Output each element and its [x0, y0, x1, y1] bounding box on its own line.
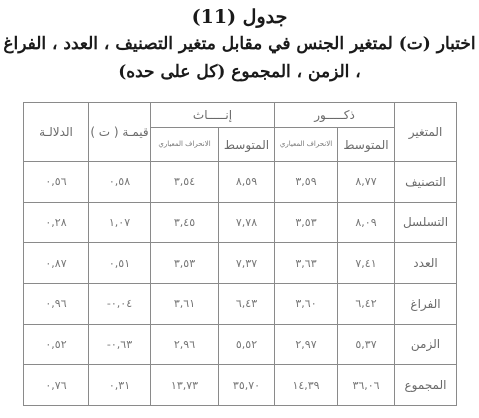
female-sd: ٣,٥٣ [151, 243, 219, 284]
significance: ٠,٥٦ [24, 162, 89, 203]
female-mean: ٧,٧٨ [219, 202, 275, 243]
row-variable: العدد [395, 243, 457, 284]
t-value: ١,٠٧ [89, 202, 151, 243]
significance: ٠,٧٦ [24, 365, 89, 406]
row-variable: المجموع [395, 365, 457, 406]
t-value: ٠,٥٨ [89, 162, 151, 203]
female-sd: ٢,٩٦ [151, 324, 219, 365]
female-sd: ٣,٤٥ [151, 202, 219, 243]
male-mean: ٨,٧٧ [338, 162, 395, 203]
table-row: المجموع ٣٦,٠٦ ١٤,٣٩ ٣٥,٧٠ ١٣,٧٣ ٠,٣١ ٠,٧… [24, 365, 457, 406]
row-variable: الزمن [395, 324, 457, 365]
male-mean: ٧,٤١ [338, 243, 395, 284]
female-sd: ٣,٥٤ [151, 162, 219, 203]
female-sd: ١٣,٧٣ [151, 365, 219, 406]
female-mean: ٨,٥٩ [219, 162, 275, 203]
t-value: ٠,٥١ [89, 243, 151, 284]
female-mean: ٧,٣٧ [219, 243, 275, 284]
male-mean: ٥,٣٧ [338, 324, 395, 365]
male-sd: ٢,٩٧ [275, 324, 338, 365]
row-variable: التصنيف [395, 162, 457, 203]
header-males: ذكـــــور [275, 103, 395, 128]
t-value: ٠,٣١ [89, 365, 151, 406]
female-sd: ٣,٦١ [151, 283, 219, 324]
male-sd: ٣,٥٣ [275, 202, 338, 243]
table-row: التصنيف ٨,٧٧ ٣,٥٩ ٨,٥٩ ٣,٥٤ ٠,٥٨ ٠,٥٦ [24, 162, 457, 203]
female-mean: ٣٥,٧٠ [219, 365, 275, 406]
header-male-sd: الانحراف المعياري [275, 128, 338, 162]
header-t-value: قيمـة ( ت ) [89, 103, 151, 162]
significance: ٠,٢٨ [24, 202, 89, 243]
header-male-mean: المتوسط [338, 128, 395, 162]
significance: ٠,٩٦ [24, 283, 89, 324]
table-row: العدد ٧,٤١ ٣,٦٣ ٧,٣٧ ٣,٥٣ ٠,٥١ ٠,٨٧ [24, 243, 457, 284]
header-females: إنـــــاث [151, 103, 275, 128]
t-value: ٠,٦٣- [89, 324, 151, 365]
male-sd: ٣,٦٠ [275, 283, 338, 324]
male-sd: ٣,٥٩ [275, 162, 338, 203]
significance: ٠,٨٧ [24, 243, 89, 284]
female-mean: ٥,٥٢ [219, 324, 275, 365]
table-caption-number: جدول (11) [0, 4, 479, 30]
table-caption-line1: اختبار (ت) لمتغير الجنس في مقابل متغير ا… [0, 30, 479, 58]
male-sd: ٣,٦٣ [275, 243, 338, 284]
table-row: الفراغ ٦,٤٢ ٣,٦٠ ٦,٤٣ ٣,٦١ ٠,٠٤- ٠,٩٦ [24, 283, 457, 324]
header-female-mean: المتوسط [219, 128, 275, 162]
male-mean: ٦,٤٢ [338, 283, 395, 324]
header-significance: الدلالـة [24, 103, 89, 162]
row-variable: التسلسل [395, 202, 457, 243]
header-female-sd: الانحراف المعياري [151, 128, 219, 162]
table-row: الزمن ٥,٣٧ ٢,٩٧ ٥,٥٢ ٢,٩٦ ٠,٦٣- ٠,٥٢ [24, 324, 457, 365]
female-mean: ٦,٤٣ [219, 283, 275, 324]
table-caption-line2: ، الزمن ، المجموع (كل على حده) [0, 58, 479, 86]
table-row: التسلسل ٨,٠٩ ٣,٥٣ ٧,٧٨ ٣,٤٥ ١,٠٧ ٠,٢٨ [24, 202, 457, 243]
row-variable: الفراغ [395, 283, 457, 324]
male-sd: ١٤,٣٩ [275, 365, 338, 406]
header-variable: المتغير [395, 103, 457, 162]
male-mean: ٣٦,٠٦ [338, 365, 395, 406]
t-value: ٠,٠٤- [89, 283, 151, 324]
male-mean: ٨,٠٩ [338, 202, 395, 243]
results-table: المتغير ذكـــــور إنـــــاث قيمـة ( ت ) … [23, 102, 457, 406]
significance: ٠,٥٢ [24, 324, 89, 365]
